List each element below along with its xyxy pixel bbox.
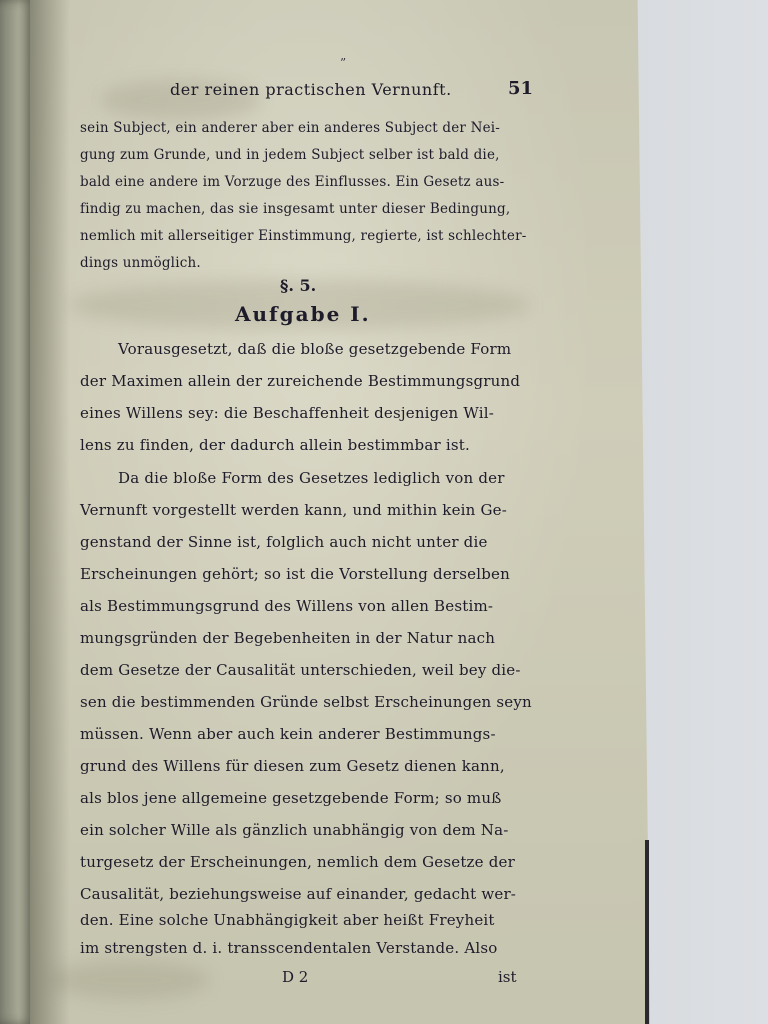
text-line: Causalität, beziehungsweise auf einander… bbox=[80, 885, 516, 903]
text-line: grund des Willens für diesen zum Gesetz … bbox=[80, 757, 505, 775]
page-edge-shadow bbox=[645, 840, 649, 1024]
text-line: Vorausgesetzt, daß die bloße gesetzgeben… bbox=[118, 340, 511, 358]
section-mark: §. 5. bbox=[280, 276, 316, 295]
text-line: eines Willens sey: die Beschaffenheit de… bbox=[80, 404, 494, 422]
top-mark: ” bbox=[340, 56, 346, 70]
text-line: müssen. Wenn aber auch kein anderer Best… bbox=[80, 725, 496, 743]
text-line: Da die bloße Form des Gesetzes lediglich… bbox=[118, 469, 505, 487]
text-line: als blos jene allgemeine gesetzgebende F… bbox=[80, 789, 501, 807]
text-line: mungsgründen der Begebenheiten in der Na… bbox=[80, 629, 495, 647]
text-line: Erscheinungen gehört; so ist die Vorstel… bbox=[80, 565, 510, 583]
section-title: Aufgabe I. bbox=[235, 302, 371, 326]
text-line: findig zu machen, das sie insgesamt unte… bbox=[80, 201, 510, 217]
text-line: der Maximen allein der zureichende Besti… bbox=[80, 372, 520, 390]
text-line: nemlich mit allerseitiger Einstimmung, r… bbox=[80, 228, 527, 244]
text-line: genstand der Sinne ist, folglich auch ni… bbox=[80, 533, 488, 551]
text-line: gung zum Grunde, und in jedem Subject se… bbox=[80, 147, 500, 163]
text-line: den. Eine solche Unabhängigkeit aber hei… bbox=[80, 911, 495, 929]
text-line: sein Subject, ein anderer aber ein ander… bbox=[80, 120, 500, 136]
text-line: dings unmöglich. bbox=[80, 255, 201, 271]
text-line: bald eine andere im Vorzuge des Einfluss… bbox=[80, 174, 504, 190]
running-header: der reinen practischen Vernunft. bbox=[170, 80, 452, 99]
text-line: im strengsten d. i. transscendentalen Ve… bbox=[80, 939, 497, 957]
text-line: sen die bestimmenden Gründe selbst Ersch… bbox=[80, 693, 532, 711]
text-line: als Bestimmungsgrund des Willens von all… bbox=[80, 597, 493, 615]
paper-stain bbox=[50, 960, 210, 1000]
page-number: 51 bbox=[508, 78, 533, 99]
catchword: ist bbox=[498, 968, 517, 986]
text-line: dem Gesetze der Causalität unterschieden… bbox=[80, 661, 521, 679]
gutter-shadow bbox=[30, 0, 70, 1024]
text-line: ein solcher Wille als gänzlich unabhängi… bbox=[80, 821, 508, 839]
text-line: turgesetz der Erscheinungen, nemlich dem… bbox=[80, 853, 515, 871]
facing-page-edge bbox=[0, 0, 34, 1024]
text-line: lens zu finden, der dadurch allein besti… bbox=[80, 436, 470, 454]
signature-mark: D 2 bbox=[282, 968, 308, 986]
text-line: Vernunft vorgestellt werden kann, und mi… bbox=[80, 501, 507, 519]
